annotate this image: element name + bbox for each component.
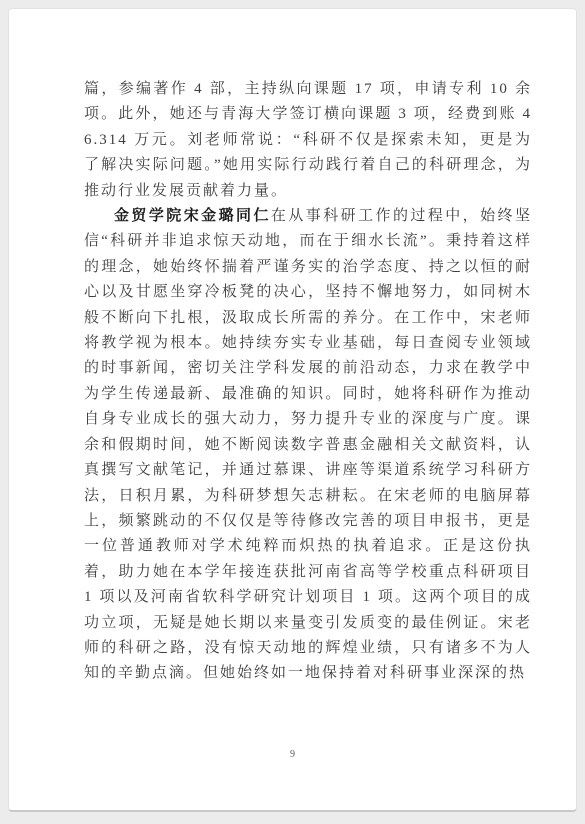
paragraph-2-text: 在从事科研工作的过程中，始终坚信“科研并非追求惊天动地，而在于细水长流”。秉持着… (84, 208, 532, 681)
document-page: 篇，参编著作 4 部，主持纵向课题 17 项，申请专利 10 余项。此外，她还与… (8, 8, 577, 812)
page-number: 9 (9, 748, 576, 762)
paragraph-2: 金贸学院宋金璐同仁在从事科研工作的过程中，始终坚信“科研并非追求惊天动地，而在于… (84, 204, 532, 687)
page-body: 篇，参编著作 4 部，主持纵向课题 17 项，申请专利 10 余项。此外，她还与… (84, 77, 532, 687)
paragraph-2-lead-bold: 金贸学院宋金璐同仁 (114, 208, 271, 224)
paragraph-1: 篇，参编著作 4 部，主持纵向课题 17 项，申请专利 10 余项。此外，她还与… (84, 77, 532, 204)
